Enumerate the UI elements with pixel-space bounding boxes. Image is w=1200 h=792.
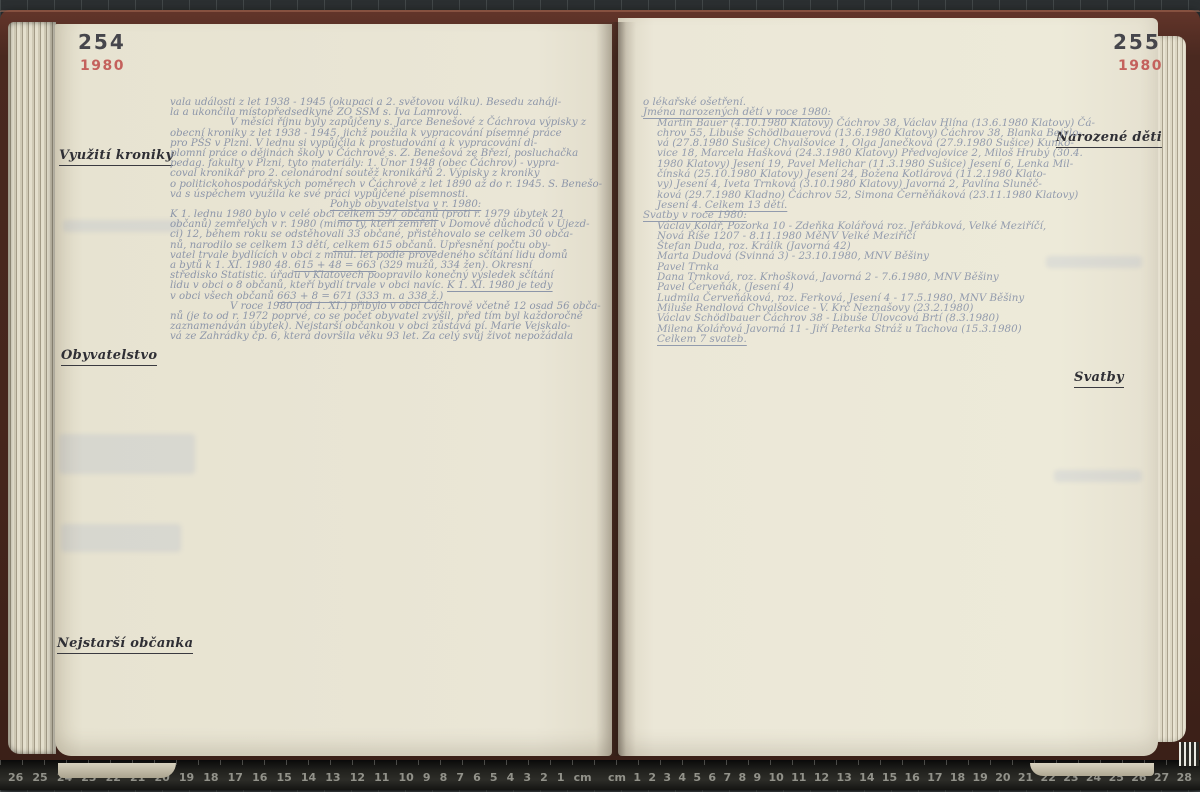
handwritten-line: vá ze Zahrádky čp. 6, která dovršila věk… [170,324,615,334]
ruler-number: cm [608,771,626,784]
ruler-number: 14 [859,771,874,784]
ruler-number: 11 [374,771,389,784]
page-corner-left [58,763,176,778]
ruler-number: 14 [301,771,316,784]
handwritten-line: Marta Dudová (Svinná 3) - 23.10.1980, MN… [643,244,1113,254]
ruler-number: 4 [507,771,515,784]
margin-note-vyuziti-kroniky: Využití kroniky [59,148,173,166]
handwritten-line: vatel trvale bydlících v obci z minul. l… [170,243,615,253]
handwritten-line: Dana Trnková, roz. Krhošková, Javorná 2 … [643,265,1113,275]
ruler-number: 17 [927,771,942,784]
handwritten-line: čínská (25.10.1980 Klatovy) Jesení 24, B… [643,162,1113,172]
left-page: 254 1980 Využití kroniky Obyvatelstvo Ne… [55,24,612,756]
right-page: 255 1980 Narozené děti Svatby o lékařské… [618,18,1158,756]
handwritten-line: plomní práce o dějinách školy v Čáchrově… [170,141,615,151]
ink-showthrough [61,524,181,552]
ruler-tick-detail [1179,742,1199,766]
handwritten-line: ci) 12, během roku se odstěhovali 33 obč… [170,222,615,232]
ruler-number: 13 [325,771,340,784]
ruler-number: 18 [950,771,965,784]
ruler-number: 2 [540,771,548,784]
ruler-number: 10 [768,771,783,784]
ruler-number: 26 [8,771,23,784]
handwritten-line: Martin Bauer (4.10.1980 Klatovy) Čáchrov… [643,111,1113,121]
ruler-number: 7 [456,771,464,784]
handwritten-line: pedag. fakulty v Plzni, tyto materiály: … [170,151,615,161]
handwritten-line: Jména narozených dětí v roce 1980: [643,100,1113,110]
handwritten-line: o politickohospodářských poměrech v Čách… [170,172,615,182]
ruler-number: 9 [753,771,761,784]
ruler-number: 6 [473,771,481,784]
handwritten-line: V roce 1980 (od 1. XI.) přibylo v obci Č… [170,294,615,304]
handwritten-line: K 1. lednu 1980 bylo v celé obci celkem … [170,202,615,212]
ruler-number: 10 [399,771,414,784]
handwritten-line: chrov 55, Libuše Schödlbauerová (13.6.19… [643,121,1113,131]
left-page-handwriting: vala události z let 1938 - 1945 (okupaci… [170,90,615,335]
page-edge-stack-left [8,22,56,754]
margin-note-svatby: Svatby [1074,370,1124,388]
ink-showthrough [1054,470,1142,482]
handwritten-line: zaznamenáván úbytek). Nejstarší občankou… [170,314,615,324]
ruler-number: 8 [738,771,746,784]
ruler-number: 18 [203,771,218,784]
handwritten-line: nů (je to od r. 1972 poprvé, co se počet… [170,304,615,314]
ruler-number: 3 [663,771,671,784]
ruler-number: 8 [440,771,448,784]
handwritten-line: středisko Statistic. úřadu v Klatovech p… [170,263,615,273]
handwritten-line: obecní kroniky z let 1938 - 1945, jichž … [170,121,615,131]
ruler-number: 6 [708,771,716,784]
ruler-number: 17 [228,771,243,784]
ruler-number: 16 [905,771,920,784]
ruler-number: 1 [557,771,565,784]
handwritten-line: vá (27.8.1980 Sušice) Chvalšovice 1, Olg… [643,131,1113,141]
ink-showthrough [63,220,181,232]
year-stamp-right: 1980 [1118,58,1163,74]
handwritten-line: vice 18, Marcela Hašková (24.3.1980 Klat… [643,141,1113,151]
ruler-number: 15 [882,771,897,784]
handwritten-line: 1980 Klatovy) Jesení 19, Pavel Melichar … [643,152,1113,162]
ruler-number: 12 [350,771,365,784]
ruler-number: 7 [723,771,731,784]
handwritten-line: Václav Schödlbauer Čáchrov 38 - Libuše Ú… [643,306,1113,316]
page-corner-right [1030,763,1154,776]
year-stamp-left: 1980 [80,58,125,74]
ruler-number: 12 [814,771,829,784]
ruler-number: 27 [1154,771,1169,784]
right-page-handwriting: o lékařské ošetření.Jména narozených dět… [643,90,1113,337]
handwritten-line: Milena Kolářová Javorná 11 - Jiří Peterk… [643,317,1113,327]
ruler-number: 25 [32,771,47,784]
ruler-number: 21 [1018,771,1033,784]
photographed-chronicle-book: 254 1980 Využití kroniky Obyvatelstvo Ne… [0,0,1200,792]
measuring-ruler: 2625242322212019181716151413121110987654… [0,760,1200,790]
ruler-number: 5 [490,771,498,784]
handwritten-line: občanů) zemřelých v r. 1980 (mimo ty, kt… [170,212,615,222]
ruler-number: cm [574,771,592,784]
ruler-number: 28 [1177,771,1192,784]
margin-note-nejstarsi-obcanka: Nejstarší občanka [57,636,193,654]
page-number-right: 255 [1113,30,1161,54]
ruler-number: 2 [648,771,656,784]
handwritten-line: Ludmila Červeňáková, roz. Ferková, Jesen… [643,286,1113,296]
ruler-number: 9 [423,771,431,784]
handwritten-line: o lékařské ošetření. [643,90,1113,100]
ruler-number: 19 [973,771,988,784]
handwritten-line: ková (29.7.1980 Kladno) Čáchrov 52, Simo… [643,183,1113,193]
handwritten-line: Miluše Rendlová Chvalšovice - V. Krč Nez… [643,296,1113,306]
handwritten-line: vala události z let 1938 - 1945 (okupaci… [170,90,615,100]
ruler-number: 4 [678,771,686,784]
handwritten-line: nů, narodilo se celkem 13 dětí, celkem 6… [170,233,615,243]
ruler-number: 13 [837,771,852,784]
handwritten-line: lidu v obci o 8 občanů, kteří bydlí trva… [170,273,615,283]
ruler-number: 5 [693,771,701,784]
handwritten-line: V měsíci říjnu byly zapůjčeny s. Jarce B… [170,110,615,120]
ruler-number: 16 [252,771,267,784]
ink-showthrough [59,434,195,474]
ruler-number: 15 [276,771,291,784]
page-number-left: 254 [78,30,126,54]
ruler-number: 1 [633,771,641,784]
margin-note-obyvatelstvo: Obyvatelstvo [61,348,157,366]
ruler-number: 20 [995,771,1010,784]
handwritten-line: Václav Kolář, Pozorka 10 - Zdeňka Kolářo… [643,214,1113,224]
ruler-number: 11 [791,771,806,784]
ruler-number: 19 [179,771,194,784]
handwritten-line: Svatby v roce 1980: [643,203,1113,213]
ruler-number: 3 [523,771,531,784]
